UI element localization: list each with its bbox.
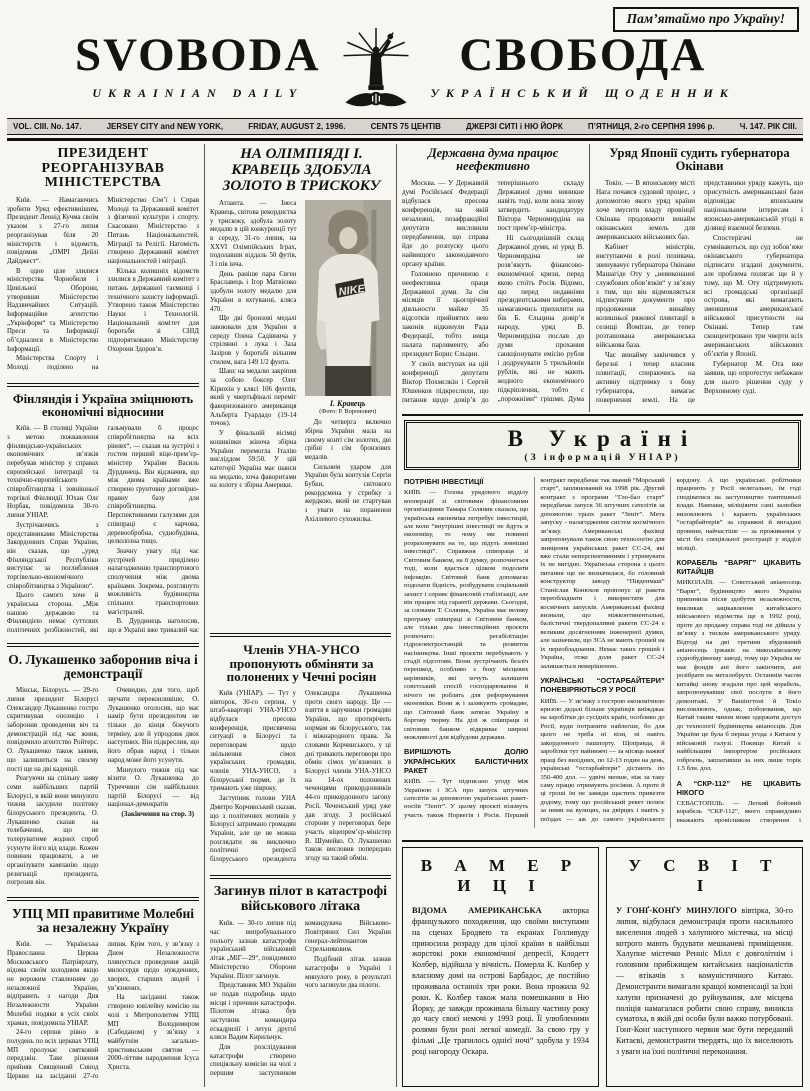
city-uk: ДЖЕРЗІ СИТІ і НЮ ЙОРК bbox=[466, 122, 563, 131]
paper-subtitle-latin: UKRAINIAN DAILY bbox=[75, 86, 321, 101]
article-body: Київ. — Українська Православна Церква Мо… bbox=[7, 941, 199, 1087]
date-uk: П’ЯТНИЦЯ, 2-го СЕРПНЯ 1996 р. bbox=[588, 122, 715, 131]
paragraph: Київ. — В столиці України з метою пожвав… bbox=[7, 425, 99, 521]
paragraph: Київ. — Намагаючись зробити Уряд ефектив… bbox=[7, 197, 99, 267]
separator-rule bbox=[7, 643, 199, 647]
paragraph: Сильним ударом для України була контузія… bbox=[305, 464, 392, 525]
v-ukraini-columns: ПОТРІБНІ ІНВЕСТИЦІЇ КИЇВ. — Голова урядо… bbox=[402, 472, 803, 828]
article-una-unso: Членів УНА-УНСО пропонують обміняти за п… bbox=[210, 640, 391, 872]
paragraph: Губернатор М. Ота вже заявив, що опротес… bbox=[704, 360, 803, 396]
paragraph: Токіо. — В японському місті Нага почався… bbox=[596, 179, 695, 242]
column-right: Державна дума працює неефективно Москва.… bbox=[397, 144, 803, 1087]
paragraph: Минулого тижня під час візити О. Лукашен… bbox=[108, 767, 200, 810]
section-text: ВІДОМА АМЕРИКАНСЬКА акторка французького… bbox=[412, 905, 589, 1058]
title-block-latin: SVOBODA UKRAINIAN DAILY bbox=[75, 32, 321, 101]
olympics-text-right: До четверга включно збірна України мала … bbox=[305, 419, 392, 524]
article-body: Мінськ, Білорусь. — 29-го липня президен… bbox=[7, 687, 199, 894]
paragraph: Київ (УНІАР). — Тут у вівторок, 30-го се… bbox=[210, 690, 296, 794]
news-item-heading: КОРАБЕЛЬ “ВАРЯГ” ЦІКАВИТЬ КИТАЙЦІВ bbox=[677, 558, 801, 577]
paragraph: На засіданні також створено ювілейну ком… bbox=[108, 994, 200, 1072]
paragraph: Спостерігачі не сумніваються, що суд зоб… bbox=[704, 234, 803, 359]
paragraph: Представник МО України не подав подробиц… bbox=[210, 982, 296, 1043]
paragraph: Москва. — У Державній думі Російської Фе… bbox=[402, 179, 489, 268]
article-finland: Фінляндія і Україна зміцнюють економічні… bbox=[7, 390, 199, 640]
paragraph: Значну увагу під час зустрічей приділено… bbox=[108, 548, 200, 618]
section-text: У ГОНҐ-КОНҐУ МИНУЛОГО вівтірка, 30-го ли… bbox=[616, 905, 793, 1058]
paragraph: Мінськ, Білорусь. — 29-го липня президен… bbox=[7, 687, 99, 774]
article-paragraphs: Київ. — 30-го липня під час випробувальн… bbox=[210, 920, 391, 1087]
news-item-body: МИКОЛАЇВ. — Совєтський авіаносець “Варяг… bbox=[677, 579, 801, 773]
photo-kravets: NIKE bbox=[305, 200, 392, 396]
article-body: Київ. — Намагаючись зробити Уряд ефектив… bbox=[7, 197, 199, 380]
article-headline: Членів УНА-УНСО пропонують обміняти за п… bbox=[210, 643, 391, 684]
paragraph: Ще дві бронзові медалі завоювали для Укр… bbox=[210, 315, 297, 367]
article-headline: Державна дума працює неефективно bbox=[402, 147, 584, 173]
news-item-heading: ПОТРІБНІ ІНВЕСТИЦІЇ bbox=[404, 477, 528, 486]
article-body: Москва. — У Державній думі Російської Фе… bbox=[402, 179, 584, 412]
lead-in: У ГОНҐ-КОНҐУ МИНУЛОГО bbox=[616, 906, 737, 915]
page-content: ПРЕЗИДЕНТ РЕОРГАНІЗУВАВ МІНІСТЕРСТВА Киї… bbox=[7, 141, 803, 1087]
article-headline: УПЦ МП правитиме Молебні за незалежну Ук… bbox=[7, 907, 199, 935]
photo-caption: І. Кравець bbox=[305, 399, 392, 408]
article-headline: О. Лукашенко заборонив віча і демонстрац… bbox=[7, 653, 199, 681]
olympics-text-left: Атланта. — Інеса Кравець, світова рекорд… bbox=[210, 200, 297, 630]
paragraph: Шанс на медалю закріпив за собою боксер … bbox=[210, 368, 297, 429]
article-ministries: ПРЕЗИДЕНТ РЕОРГАНІЗУВАВ МІНІСТЕРСТВА Киї… bbox=[7, 144, 199, 380]
price: CENTS 75 ЦЕНТІВ bbox=[371, 122, 441, 131]
paragraph: Головною причиною є неефективна праця Де… bbox=[402, 270, 489, 359]
paragraph: Київ. — Українська Православна Церква Мо… bbox=[7, 941, 99, 1028]
column-middle: НА ОЛІМПІЯДІ І. КРАВЕЦЬ ЗДОБУЛА ЗОЛОТО В… bbox=[204, 144, 397, 1087]
separator-rule bbox=[210, 633, 391, 637]
paper-title-latin: SVOBODA bbox=[75, 32, 321, 79]
bottom-row: В А М Е Р И Ц І ВІДОМА АМЕРИКАНСЬКА акто… bbox=[402, 840, 803, 1087]
continuation-note: (Закінчення на стор. 3) bbox=[108, 810, 200, 819]
paragraph: Київ. — 30-го липня під час випробувальн… bbox=[210, 920, 296, 981]
section-in-america: В А М Е Р И Ц І ВІДОМА АМЕРИКАНСЬКА акто… bbox=[402, 847, 599, 1087]
slogan-text: Пам’ятаймо про Україну! bbox=[627, 11, 785, 26]
article-body: Київ. — В столиці України з метою пожвав… bbox=[7, 425, 199, 640]
title-block-cyrillic: СВОБОДА УКРАЇНСЬКИЙ ЩОДЕННИК bbox=[431, 32, 735, 101]
paper-subtitle-cyrillic: УКРАЇНСЬКИЙ ЩОДЕННИК bbox=[431, 86, 735, 101]
paragraph: В одне ціле злилися міністерства Чорноби… bbox=[7, 268, 99, 355]
article-olympics: НА ОЛІМПІЯДІ І. КРАВЕЦЬ ЗДОБУЛА ЗОЛОТО В… bbox=[210, 144, 391, 630]
date-en: FRIDAY, AUGUST 2, 1996. bbox=[248, 122, 345, 131]
paragraph: Атланта. — Інеса Кравець, світова рекорд… bbox=[210, 200, 297, 270]
section-title: В Україні bbox=[407, 426, 798, 452]
city-en: JERSEY CITY and NEW YORK, bbox=[107, 122, 223, 131]
section-title: У С В І Т І bbox=[616, 856, 793, 896]
v-ukraini-title-box: В Україні (З інформацій УНІАР) bbox=[404, 420, 801, 470]
news-item-body: КИЇВ. — Голова урядового відділу коопера… bbox=[404, 489, 528, 742]
issue-infobar: VOL. CIII. No. 147. JERSEY CITY and NEW … bbox=[7, 118, 803, 135]
separator-rule bbox=[210, 875, 391, 879]
body-text: акторка французького походження, що свої… bbox=[412, 906, 589, 1056]
paragraph: У фінальній вісімці кошиківки жіноча збі… bbox=[210, 430, 297, 491]
paragraph: КИЇВ. — Голова урядового відділу коопера… bbox=[404, 489, 528, 742]
lead-in: ВІДОМА АМЕРИКАНСЬКА bbox=[412, 906, 542, 915]
volume-number: VOL. CIII. No. 147. bbox=[13, 122, 81, 131]
liberty-statue-emblem-icon bbox=[337, 26, 415, 112]
photo-credit: (Фото: Р. Воронович) bbox=[305, 408, 392, 416]
column-left: ПРЕЗИДЕНТ РЕОРГАНІЗУВАВ МІНІСТЕРСТВА Киї… bbox=[7, 144, 204, 1087]
paragraph: МИКОЛАЇВ. — Совєтський авіаносець “Варяг… bbox=[677, 579, 801, 773]
paragraph: Подібний літак зазнав катастрофи в Украї… bbox=[305, 956, 391, 991]
paragraph: Кабінет міністрів, виступаючи в ролі поз… bbox=[596, 243, 695, 350]
paragraph: Очевидно, для того, щоб звучати переконл… bbox=[108, 687, 200, 765]
news-item-heading: УКРАЇНСЬКІ “ОСТАРБАЙТЕРИ” ПОНЕВІРЯЮТЬСЯ … bbox=[540, 676, 664, 695]
article-body: Київ (УНІАР). — Тут у вівторок, 30-го се… bbox=[210, 690, 391, 872]
article-paragraphs: Мінськ, Білорусь. — 29-го липня президен… bbox=[7, 687, 199, 894]
article-lukashenko: О. Лукашенко заборонив віча і демонстрац… bbox=[7, 650, 199, 894]
masthead: Пам’ятаймо про Україну! SVOBODA UKRAINIA… bbox=[7, 0, 803, 138]
article-headline: Фінляндія і Україна зміцнюють економічні… bbox=[7, 393, 199, 419]
news-item-heading: ВИРІШУЮТЬ ДОЛЮ УКРАЇНСЬКИХ БАЛІСТИЧНИХ Р… bbox=[404, 747, 528, 775]
top-row: Державна дума працює неефективно Москва.… bbox=[402, 144, 803, 412]
paragraph: День раніше пара Євген Браславець і Ігор… bbox=[210, 271, 297, 314]
section-in-world: У С В І Т І У ГОНҐ-КОНҐУ МИНУЛОГО вівтір… bbox=[606, 847, 803, 1087]
separator-rule bbox=[7, 383, 199, 387]
article-headline: Уряд Японії судить губернатора Окінави bbox=[596, 147, 803, 173]
article-duma: Державна дума працює неефективно Москва.… bbox=[402, 144, 590, 412]
paragraph: Кілька колишніх відомств злилися в Держа… bbox=[108, 268, 200, 355]
article-body: Атланта. — Інеса Кравець, світова рекорд… bbox=[210, 200, 391, 630]
paragraph: Зустрічаючись з представниками Міністерс… bbox=[7, 522, 99, 592]
article-body: Токіо. — В японському місті Нага почався… bbox=[596, 179, 803, 412]
news-item-heading: А “СКР-112” НЕ ЦІКАВИТЬ НІКОГО bbox=[677, 779, 801, 798]
paper-title-cyrillic: СВОБОДА bbox=[431, 32, 735, 79]
article-okinawa: Уряд Японії судить губернатора Окінави Т… bbox=[590, 144, 803, 412]
news-item-varyag: КОРАБЕЛЬ “ВАРЯГ” ЦІКАВИТЬ КИТАЙЦІВ МИКОЛ… bbox=[677, 558, 801, 774]
title-row: SVOBODA UKRAINIAN DAILY bbox=[7, 32, 803, 112]
paragraph: До четверга включно збірна України мала … bbox=[305, 419, 392, 462]
article-upc: УПЦ МП правитиме Молебні за незалежну Ук… bbox=[7, 904, 199, 1087]
article-body: Київ. — 30-го липня під час випробувальн… bbox=[210, 920, 391, 1087]
article-headline: НА ОЛІМПІЯДІ І. КРАВЕЦЬ ЗДОБУЛА ЗОЛОТО В… bbox=[210, 147, 391, 194]
section-title: В А М Е Р И Ц І bbox=[412, 856, 589, 896]
newspaper-front-page: Пам’ятаймо про Україну! SVOBODA UKRAINIA… bbox=[0, 0, 810, 1091]
paragraph: Реагуючи на спільну заяву семи найбільши… bbox=[7, 775, 99, 888]
article-headline: ПРЕЗИДЕНТ РЕОРГАНІЗУВАВ МІНІСТЕРСТВА bbox=[7, 147, 199, 191]
news-item-investments: ПОТРІБНІ ІНВЕСТИЦІЇ КИЇВ. — Голова урядо… bbox=[404, 477, 528, 742]
issue-number: Ч. 147. РІК CIII. bbox=[740, 122, 797, 131]
separator-rule bbox=[7, 897, 199, 901]
body-text: вівтірка, 30-го липня, відбулася демонст… bbox=[616, 906, 793, 1056]
olympics-right-column: NIKE І. Кравець (Фото: Р. Воронович) До … bbox=[305, 200, 392, 630]
section-v-ukraini: В Україні (З інформацій УНІАР) ПОТРІБНІ … bbox=[402, 414, 803, 838]
article-pilot-crash: Загинув пілот в катастрофі військового л… bbox=[210, 882, 391, 1087]
article-headline: Загинув пілот в катастрофі військового л… bbox=[210, 885, 391, 914]
section-subtitle: (З інформацій УНІАР) bbox=[407, 453, 798, 463]
